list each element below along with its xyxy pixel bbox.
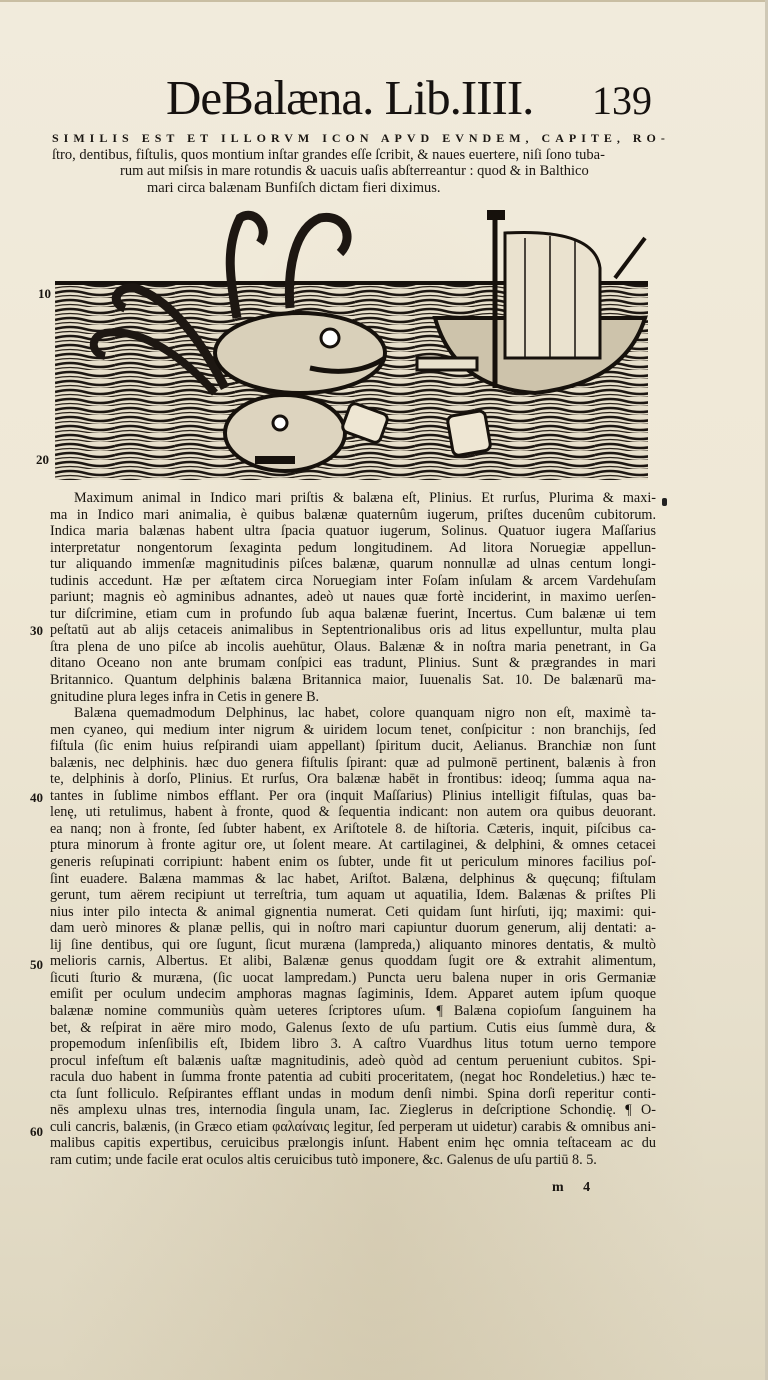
marginal-ink-mark [662,498,667,506]
running-head: DeBalæna. Lib.IIII. 139 [160,68,660,128]
running-head-title: DeBalæna. Lib.IIII. [166,68,533,128]
text-line: te, delphinis à dorſo, Plinius. Et rurſu… [50,771,656,788]
text-line: Maximum animal in Indico mari priſtis & … [50,490,656,507]
text-line: interpretatur nongentorum ſexaginta pedu… [50,540,656,557]
signature-mark: m 4 [552,1180,598,1196]
text-line: ſtra plena de uno piſce ab incolis auehū… [50,639,656,656]
text-line: propemodum inſenſibilis eſt, Ibidem libr… [50,1036,656,1053]
text-line: peſtatū aut ab alijs cetaceis animalibus… [50,622,656,639]
line-number-marker: 30 [30,623,43,639]
text-line: ditano Oceano non ante brumam conſpici e… [50,655,656,672]
text-line: tudinis accedunt. Hæ per æſtatem circa N… [50,573,656,590]
sea-monsters-and-ship-image [55,208,648,480]
text-line: tur diſcrimine, etiam cum in profundo ſu… [50,606,656,623]
body-text: Maximum animal in Indico mari priſtis & … [50,490,656,1168]
caption-line: mari circa balænam Bunfiſch dictam fieri… [52,180,652,197]
line-number-marker: 20 [36,452,49,468]
text-line: Balæna quemadmodum Delphinus, lac habet,… [50,705,656,722]
caption-line: rum aut miſsis in mare rotundis & uacuis… [52,163,652,180]
text-line: melioris carnis, Albertus. Et alibi, Bal… [50,953,656,970]
text-line: ptura minorum à fronte agitur ore, ut ſo… [50,837,656,854]
text-line: balænæ nomine communiùs quàm ueteres ſcr… [50,1003,656,1020]
text-line: lenę, uti retulimus, habent à fronte, qu… [50,804,656,821]
text-line: gnitudine plura leges infra in Cetis in … [50,689,656,706]
text-line: men cyaneo, qui medium inter nigrum & ui… [50,722,656,739]
text-line: ram cutim; unde facile erat oculos altis… [50,1152,656,1169]
text-line: nius inter pilo intecta & animal gignent… [50,904,656,921]
text-line: culi cancris, balænis, (in Græco etiam φ… [50,1119,656,1136]
text-line: ſicuti ſturio & muræna, (ſic uocat lampr… [50,970,656,987]
caption-line: ſtro, dentibus, fiſtulis, quos montium i… [52,147,652,164]
text-line: Britannico. Quantum delphinis balæna Bri… [50,672,656,689]
line-number-marker: 50 [30,957,43,973]
text-line: pariunt; magnis eò agminibus adnantes, a… [50,589,656,606]
caption-line: SIMILIS EST ET ILLORVM ICON APVD EVNDEM,… [52,130,652,147]
text-line: ſint euadere. Balæna mammas & lac habet,… [50,871,656,888]
text-line: procul infeſtum eſt balænis uaſtæ magnit… [50,1053,656,1070]
text-line: nēs amplexu ulnas tres, internodia ſingu… [50,1102,656,1119]
text-line: ma in Indico mari animalia, è quibus bal… [50,507,656,524]
page-number: 139 [592,76,652,126]
text-line: fiſtula (ſic enim huius reſpirandi uiam … [50,738,656,755]
text-line: dam uerò minores & planæ pellis, qui in … [50,920,656,937]
line-number-marker: 40 [30,790,43,806]
line-number-marker: 60 [30,1124,43,1140]
text-line: generis reſupinati corripiunt: habent en… [50,854,656,871]
illustration-caption: SIMILIS EST ET ILLORVM ICON APVD EVNDEM,… [52,130,652,196]
text-line: cta ſunt folliculo. Reſpirantes efflant … [50,1086,656,1103]
text-line: ea nanq; non à fronte, ſed ſubter habent… [50,821,656,838]
text-line: balænis, nec delphinis. hæc duo genera f… [50,755,656,772]
text-line: gerunt, tum aërem recipiunt ut terreſtri… [50,887,656,904]
text-line: lij ſine dentibus, qui ore ſugunt, ſicut… [50,937,656,954]
book-page: DeBalæna. Lib.IIII. 139 SIMILIS EST ET I… [0,0,765,1380]
text-line: tur aliquando immenſæ magnitudinis piſce… [50,556,656,573]
text-line: tantes in ſublime nimbos efflant. Per or… [50,788,656,805]
text-line: malibus capitis expertibus, ceruicibus p… [50,1135,656,1152]
woodcut-illustration [55,208,648,480]
text-line: Indica maria balænas habent ultra ſpacia… [50,523,656,540]
text-line: bet, & reſpirat in aëre miro modo, Galen… [50,1020,656,1037]
text-line: racula duo habent in ſumma fronte patent… [50,1069,656,1086]
text-line: emiſit per oculum undecim amphoras magna… [50,986,656,1003]
line-number-marker: 10 [38,286,51,302]
